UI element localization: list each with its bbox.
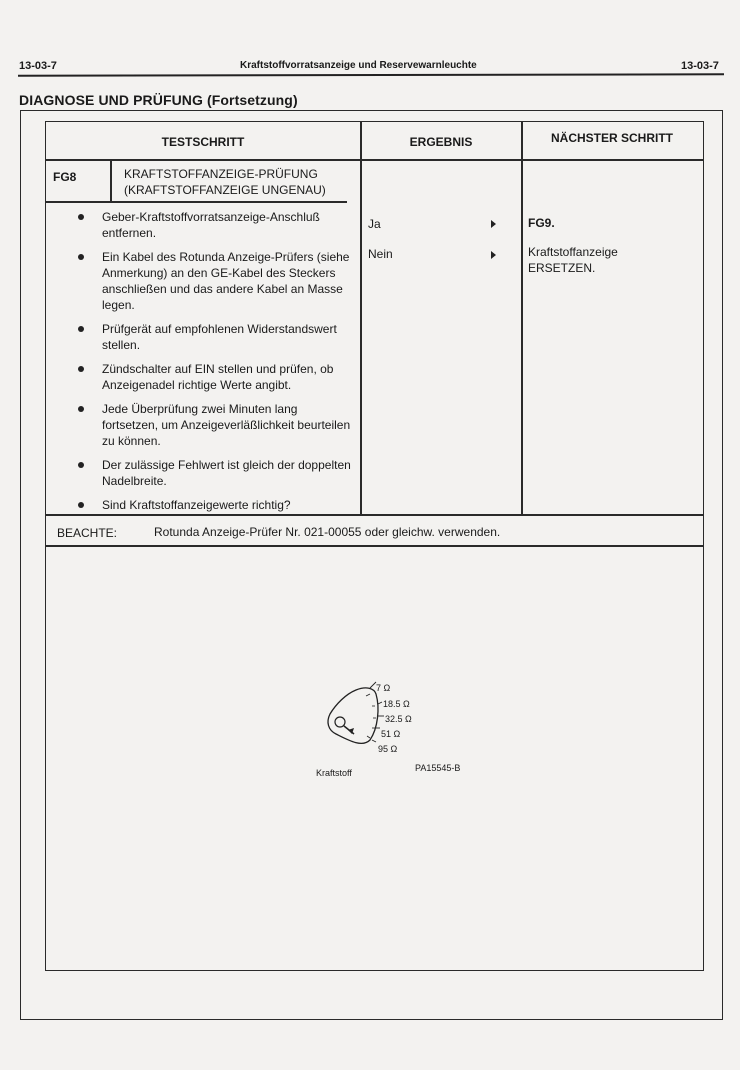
figure-caption: Kraftstoff bbox=[316, 768, 352, 778]
step-title-line2: (KRAFTSTOFFANZEIGE UNGENAU) bbox=[124, 182, 326, 198]
bullet-icon bbox=[78, 502, 84, 508]
bullet-item: Ein Kabel des Rotunda Anzeige-Prüfers (s… bbox=[60, 249, 355, 313]
page-number-left: 13-03-7 bbox=[19, 60, 57, 72]
step-code-divider bbox=[110, 160, 112, 202]
column-divider-1 bbox=[360, 121, 362, 515]
bullet-icon bbox=[78, 254, 84, 260]
step-title-line1: KRAFTSTOFFANZEIGE-PRÜFUNG bbox=[124, 166, 318, 182]
test-step-bullets: Geber-Kraftstoffvorratsanzeige-Anschluß … bbox=[60, 209, 355, 513]
next-step-no-line1: Kraftstoffanzeige bbox=[528, 245, 618, 259]
bullet-icon bbox=[78, 406, 84, 412]
next-step-yes: FG9. bbox=[528, 216, 555, 230]
arrow-right-icon bbox=[491, 251, 496, 259]
result-no-label: Nein bbox=[368, 247, 393, 261]
resistance-label-18-5: 18.5 Ω bbox=[383, 699, 410, 709]
note-label: BEACHTE: bbox=[57, 525, 117, 541]
step-title-divider bbox=[45, 201, 347, 203]
bullet-item: Sind Kraftstoffanzeigewerte richtig? bbox=[60, 497, 355, 513]
resistance-label-7: 7 Ω bbox=[376, 683, 390, 693]
arrow-right-icon bbox=[491, 220, 496, 228]
bullet-item: Geber-Kraftstoffvorratsanzeige-Anschluß … bbox=[60, 209, 355, 241]
header-test-step: TESTSCHRITT bbox=[46, 135, 360, 149]
header-row-divider bbox=[45, 159, 704, 161]
page-number-right: 13-03-7 bbox=[681, 60, 719, 72]
resistance-label-51: 51 Ω bbox=[381, 729, 400, 739]
chapter-title: Kraftstoffvorratsanzeige und Reservewarn… bbox=[240, 60, 477, 71]
bullet-item: Prüfgerät auf empfohlenen Widerstandswer… bbox=[60, 321, 355, 353]
note-row-bottom-divider bbox=[45, 545, 704, 547]
bullet-icon bbox=[78, 462, 84, 468]
bullet-icon bbox=[78, 326, 84, 332]
header-result: ERGEBNIS bbox=[361, 135, 521, 149]
step-code: FG8 bbox=[53, 169, 76, 185]
bullet-item: Der zulässige Fehlwert ist gleich der do… bbox=[60, 457, 355, 489]
result-yes-label: Ja bbox=[368, 217, 381, 231]
section-title: DIAGNOSE UND PRÜFUNG (Fortsetzung) bbox=[19, 92, 298, 108]
header-rule bbox=[18, 73, 724, 76]
bullet-icon bbox=[78, 366, 84, 372]
resistance-label-95: 95 Ω bbox=[378, 744, 397, 754]
next-step-no-line2: ERSETZEN. bbox=[528, 261, 595, 275]
bullet-item: Jede Überprüfung zwei Minuten lang forts… bbox=[60, 401, 355, 449]
header-next-step: NÄCHSTER SCHRITT bbox=[522, 131, 702, 145]
column-divider-2 bbox=[521, 121, 523, 515]
figure-id: PA15545-B bbox=[415, 763, 460, 773]
note-row-top-divider bbox=[45, 514, 704, 516]
resistance-label-32-5: 32.5 Ω bbox=[385, 714, 412, 724]
note-text: Rotunda Anzeige-Prüfer Nr. 021-00055 ode… bbox=[154, 524, 500, 540]
bullet-item: Zündschalter auf EIN stellen und prüfen,… bbox=[60, 361, 355, 393]
bullet-icon bbox=[78, 214, 84, 220]
